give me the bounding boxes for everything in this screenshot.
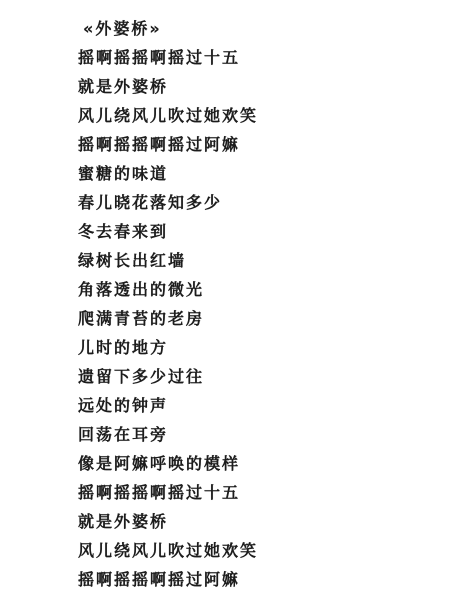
lyric-line: 风儿绕风儿吹过她欢笑: [78, 101, 430, 130]
lyric-line: 摇啊摇摇啊摇过阿嫲: [78, 565, 430, 594]
lyric-line: 就是外婆桥: [78, 72, 430, 101]
lyric-line: 回荡在耳旁: [78, 420, 430, 449]
lyric-line: 角落透出的微光: [78, 275, 430, 304]
lyrics-page: «外婆桥» 摇啊摇摇啊摇过十五 就是外婆桥 风儿绕风儿吹过她欢笑 摇啊摇摇啊摇过…: [0, 0, 450, 600]
lyric-line: 春儿晓花落知多少: [78, 188, 430, 217]
lyrics-title: «外婆桥»: [78, 14, 430, 43]
lyric-line: 摇啊摇摇啊摇过十五: [78, 478, 430, 507]
lyric-line: 绿树长出红墙: [78, 246, 430, 275]
lyric-line: 蜜糖的味道: [78, 159, 430, 188]
lyric-line: 儿时的地方: [78, 333, 430, 362]
lyric-line: 摇啊摇摇啊摇过十五: [78, 43, 430, 72]
lyric-line: 爬满青苔的老房: [78, 304, 430, 333]
lyric-line: 像是阿嫲呼唤的模样: [78, 449, 430, 478]
lyric-line: 冬去春来到: [78, 217, 430, 246]
lyric-line: 遗留下多少过往: [78, 362, 430, 391]
lyric-line: 摇啊摇摇啊摇过阿嫲: [78, 130, 430, 159]
lyric-line: 就是外婆桥: [78, 507, 430, 536]
lyric-line: 风儿绕风儿吹过她欢笑: [78, 536, 430, 565]
lyric-line: 远处的钟声: [78, 391, 430, 420]
